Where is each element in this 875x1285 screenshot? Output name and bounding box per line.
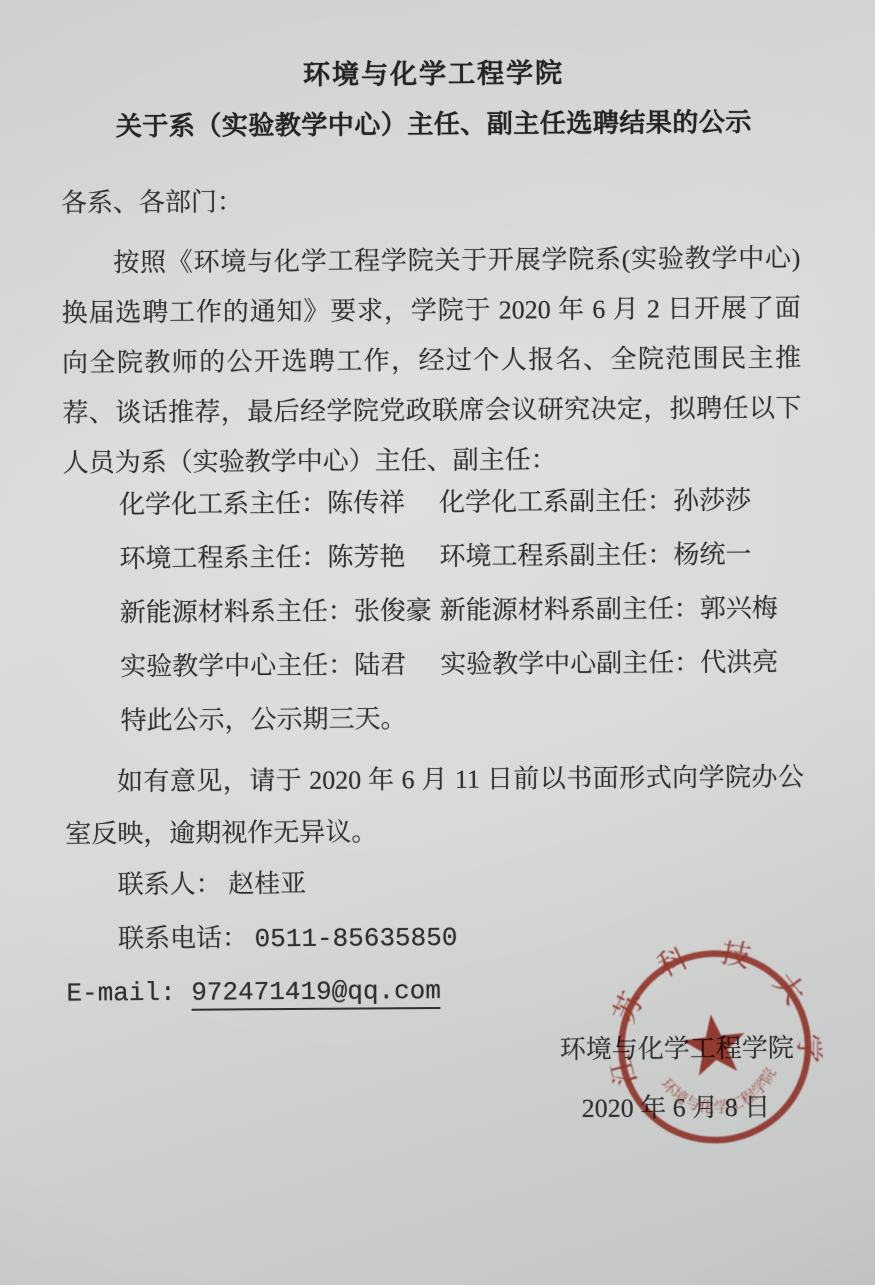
red-star-icon [680, 1010, 749, 1077]
contact-person-label: 联系人： [118, 869, 229, 899]
contact-email-line: E-mail: 972471419@qq.com [66, 974, 441, 1011]
appointment-row: 新能源材料系主任：张俊豪 新能源材料系副主任：郭兴梅 [120, 591, 815, 650]
contact-person-value: 赵桂亚 [228, 869, 306, 899]
contact-phone-value: 0511-85635850 [254, 923, 457, 954]
contact-phone-line: 联系电话： 0511-85635850 [66, 920, 458, 958]
appointment-row: 实验教学中心主任：陆君 实验教学中心副主任：代洪亮 [120, 645, 815, 704]
salutation: 各系、各部门： [61, 185, 243, 220]
contact-email-value: 972471419@qq.com [191, 976, 441, 1011]
appointment-director: 实验教学中心主任：陆君 [120, 648, 440, 704]
appointment-director: 化学化工系主任：陈传祥 [119, 486, 439, 542]
appointment-row: 环境工程系主任：陈芳艳 环境工程系副主任：杨统一 [119, 537, 814, 596]
appointment-deputy: 实验教学中心副主任：代洪亮 [440, 645, 815, 702]
appointment-deputy: 化学化工系副主任：孙莎莎 [439, 483, 814, 540]
seal-bottom-text: 环境与化学工程学院 [656, 1062, 784, 1124]
official-seal: 江苏科技大学 环境与化学工程学院 [597, 931, 833, 1167]
appointment-list: 化学化工系主任：陈传祥 化学化工系副主任：孙莎莎 环境工程系主任：陈芳艳 环境工… [119, 483, 815, 704]
appointment-deputy: 新能源材料系副主任：郭兴梅 [440, 591, 815, 648]
page-title: 环境与化学工程学院 [0, 49, 871, 94]
intro-paragraph: 按照《环境与化学工程学院关于开展学院系(实验教学中心)换届选聘工作的通知》要求，… [61, 233, 802, 488]
appointment-director: 新能源材料系主任：张俊豪 [120, 594, 440, 650]
closing-line: 特此公示，公示期三天。 [120, 702, 406, 738]
feedback-paragraph: 如有意见，请于 2020 年 6 月 11 日前以书面形式向学院办公室反映，逾期… [65, 751, 805, 860]
notice-subtitle: 关于系（实验教学中心）主任、副主任选聘结果的公示 [0, 101, 871, 144]
contact-person-line: 联系人： 赵桂亚 [66, 867, 307, 903]
paper-page: 环境与化学工程学院 关于系（实验教学中心）主任、副主任选聘结果的公示 各系、各部… [0, 0, 875, 1285]
contact-phone-label: 联系电话： [118, 923, 255, 953]
document-photo: { "document": { "title": "环境与化学工程学院", "s… [0, 0, 875, 1285]
contact-email-label: E-mail: [66, 978, 191, 1009]
appointment-row: 化学化工系主任：陈传祥 化学化工系副主任：孙莎莎 [119, 483, 814, 542]
appointment-director: 环境工程系主任：陈芳艳 [119, 540, 439, 596]
appointment-deputy: 环境工程系副主任：杨统一 [439, 537, 814, 594]
